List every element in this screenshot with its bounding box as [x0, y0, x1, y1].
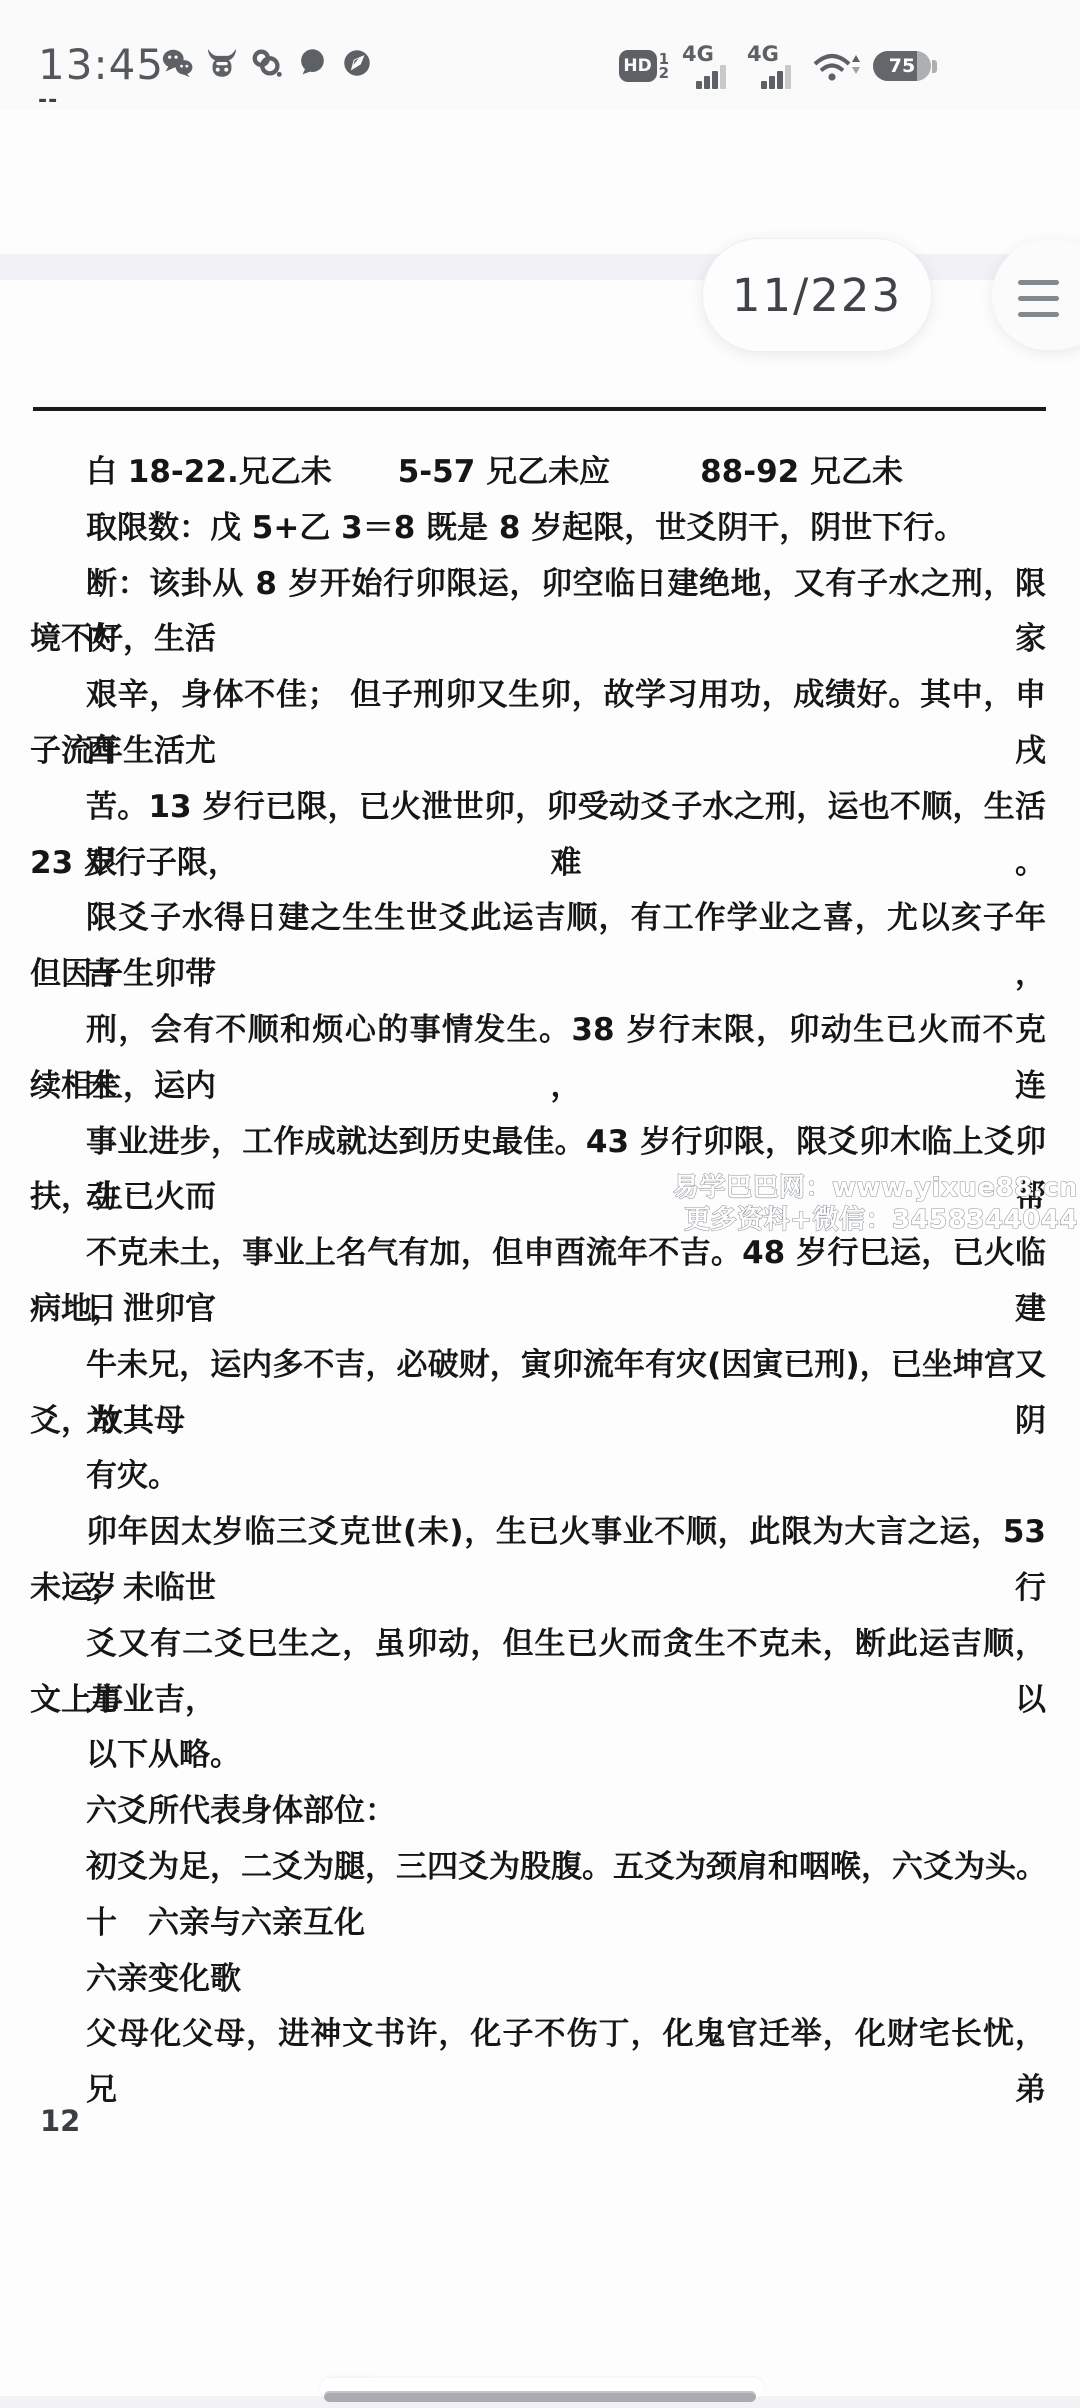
document-line: 六亲变化歌 — [30, 1952, 1046, 2008]
document-line: 有灾。 — [30, 1449, 1046, 1505]
document-header-row: 白 18-22.兄乙未5-57 兄乙未应88-92 兄乙未 — [30, 445, 1046, 501]
document-line: 事业进步，工作成就达到历史最佳。43 岁行卯限，限爻卯木临上爻卯动帮 — [30, 1115, 1046, 1171]
battery-percent: 75 — [873, 51, 931, 81]
document-line: 苦。13 岁行已限，已火泄世卯，卯受动爻子水之刑，运也不顺，生活艰难。 — [30, 780, 1046, 836]
scrollbar-thumb[interactable] — [324, 2391, 756, 2402]
watermark-line1: 易学巴巴网：www.yixue88.cn — [673, 1172, 1078, 1204]
document-page[interactable]: 白 18-22.兄乙未5-57 兄乙未应88-92 兄乙未 取限数：戊 5+乙 … — [0, 280, 1080, 2380]
document-line: 断：该卦从 8 岁开始行卯限运，卯空临日建绝地，又有子水之刑，限内家 — [30, 557, 1046, 613]
document-line: 限爻子水得日建之生生世爻此运吉顺，有工作学业之喜，尤以亥子年吉， — [30, 891, 1046, 947]
message-icon — [295, 46, 329, 80]
ox-icon — [205, 46, 239, 80]
watermark-line2: 更多资料+微信：3458344044 — [673, 1204, 1078, 1236]
network-type-sim2: 4G — [747, 44, 799, 64]
document-line: 刑，会有不顺和烦心的事情发生。38 岁行末限，卯动生已火而不克未，连 — [30, 1003, 1046, 1059]
hd-badge: HD — [619, 50, 657, 82]
page-number: 12 — [40, 2104, 80, 2138]
status-bar: 13:45 HD 1 2 4G 4G — [0, 0, 1080, 110]
hd-volte-indicator: HD 1 2 — [619, 50, 669, 82]
signal-sim2: 4G — [747, 44, 799, 89]
document-lines: 白 18-22.兄乙未5-57 兄乙未应88-92 兄乙未 取限数：戊 5+乙 … — [30, 445, 1046, 2063]
status-right-icons: HD 1 2 4G 4G 75 — [619, 40, 937, 92]
wechat-icon — [160, 46, 194, 80]
battery-nub — [932, 60, 937, 73]
document-line: 取限数：戊 5+乙 3＝8 既是 8 岁起限，世爻阴干，阴世下行。 — [30, 501, 1046, 557]
network-type-sim1: 4G — [682, 44, 734, 64]
clock: 13:45 — [38, 40, 164, 89]
sim2-label: 2 — [659, 66, 669, 80]
watermark: 易学巴巴网：www.yixue88.cn 更多资料+微信：3458344044 — [673, 1172, 1078, 1236]
document-line: 父母化父母，进神文书许，化子不伤丁，化鬼官迁举，化财宅长忧，兄弟 — [30, 2007, 1046, 2063]
document-line: 以下从略。 — [30, 1728, 1046, 1784]
document-line: 牛未兄，运内多不吉，必破财，寅卯流年有灾(因寅已刑)，已坐坤宫又为阴 — [30, 1338, 1046, 1394]
compass-icon — [340, 46, 374, 80]
document-line: 爻又有二爻巳生之，虽卯动，但生已火而贪生不克未，断此运吉顺，尤以 — [30, 1617, 1046, 1673]
signal-bars-icon — [696, 63, 728, 89]
signal-sim1: 4G — [682, 44, 734, 89]
signal-bars-icon — [761, 63, 793, 89]
wifi-icon — [812, 51, 860, 81]
notification-icons — [160, 46, 374, 80]
document-line: 卯年因太岁临三爻克世(未)，生已火事业不顺，此限为大言之运，53 岁行 — [30, 1505, 1046, 1561]
document-line: 艰辛，身体不佳； 但子刑卯又生卯，故学习用功，成绩好。其中，申酉戌 — [30, 668, 1046, 724]
battery-indicator: 75 — [873, 51, 937, 81]
header-col1: 白 18-22.兄乙未 — [86, 454, 332, 490]
document-line: 十 六亲与六亲互化 — [30, 1896, 1046, 1952]
rings-icon — [250, 46, 284, 80]
document-line: 初爻为足，二爻为腿，三四爻为股腹。五爻为颈肩和咽喉，六爻为头。 — [30, 1840, 1046, 1896]
document-rule — [33, 407, 1046, 411]
header-col2: 5-57 兄乙未应 — [398, 454, 610, 490]
header-col3: 88-92 兄乙未 — [700, 454, 903, 490]
document-line: 六爻所代表身体部位： — [30, 1784, 1046, 1840]
top-dashes: -- — [38, 88, 58, 113]
